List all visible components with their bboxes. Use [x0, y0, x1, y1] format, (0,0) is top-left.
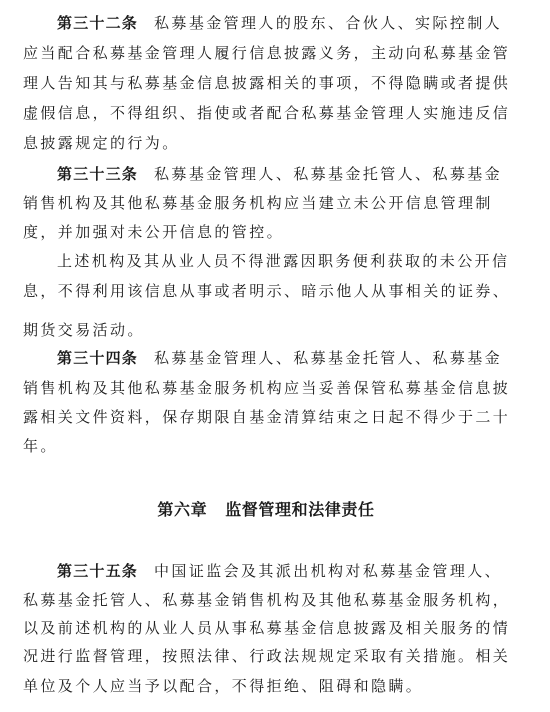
article-34-number: 第三十四条 [57, 350, 138, 367]
article-35-line-4: 况进行监督管理，按照法律、行政法规规定采取有关措施。相关 [23, 646, 510, 668]
article-34-line-1: 第三十四条私募基金管理人、私募基金托管人、私募基金 [57, 348, 502, 370]
chapter-title: 监督管理和法律责任 [225, 502, 374, 519]
article-33-line-1: 第三十三条私募基金管理人、私募基金托管人、私募基金 [57, 164, 502, 186]
article-35-number: 第三十五条 [57, 563, 138, 580]
article-32-line-5: 息披露规定的行为。 [23, 133, 180, 155]
article-32-line-3: 理人告知其与私募基金信息披露相关的事项，不得隐瞒或者提供 [23, 73, 510, 95]
article-35-line-1: 第三十五条中国证监会及其派出机构对私募基金管理人、 [57, 561, 502, 583]
article-33-para2-line-2: 息，不得利用该信息从事或者明示、暗示他人从事相关的证券、 [23, 281, 510, 303]
document-page: 第三十二条私募基金管理人的股东、合伙人、实际控制人 应当配合私募基金管理人履行信… [0, 0, 550, 712]
article-33-line-2: 销售机构及其他私募基金服务机构应当建立未公开信息管理制 [23, 193, 493, 215]
article-33-number: 第三十三条 [57, 166, 138, 183]
chapter-number: 第六章 [157, 502, 207, 519]
chapter-heading: 第六章监督管理和法律责任 [0, 500, 532, 522]
article-text: 中国证监会及其派出机构对私募基金管理人、 [154, 564, 502, 580]
article-32-number: 第三十二条 [57, 15, 138, 32]
article-35-line-3: 以及前述机构的从业人员从事私募基金信息披露及相关服务的情 [23, 618, 510, 640]
article-34-line-2: 销售机构及其他私募基金服务机构应当妥善保管私募基金信息披 [23, 378, 510, 400]
article-text: 私募基金管理人、私募基金托管人、私募基金 [154, 167, 502, 183]
article-34-line-4: 年。 [23, 436, 58, 458]
article-33-para2-line-1: 上述机构及其从业人员不得泄露因职务便利获取的未公开信 [57, 251, 509, 273]
article-32-line-4: 虚假信息，不得组织、指使或者配合私募基金管理人实施违反信 [23, 103, 510, 125]
article-text: 私募基金管理人的股东、合伙人、实际控制人 [154, 16, 502, 32]
article-35-line-5: 单位及个人应当予以配合，不得拒绝、阻碍和隐瞒。 [23, 676, 423, 698]
article-35-line-2: 私募基金托管人、私募基金销售机构及其他私募基金服务机构， [23, 590, 510, 612]
article-text: 私募基金管理人、私募基金托管人、私募基金 [154, 351, 502, 367]
article-33-para2-line-3: 期货交易活动。 [23, 320, 145, 342]
article-33-line-3: 度，并加强对未公开信息的管控。 [23, 222, 284, 244]
article-34-line-3: 露相关文件资料，保存期限自基金清算结束之日起不得少于二十 [23, 407, 510, 429]
article-32-line-1: 第三十二条私募基金管理人的股东、合伙人、实际控制人 [57, 13, 502, 35]
article-32-line-2: 应当配合私募基金管理人履行信息披露义务，主动向私募基金管 [23, 43, 510, 65]
